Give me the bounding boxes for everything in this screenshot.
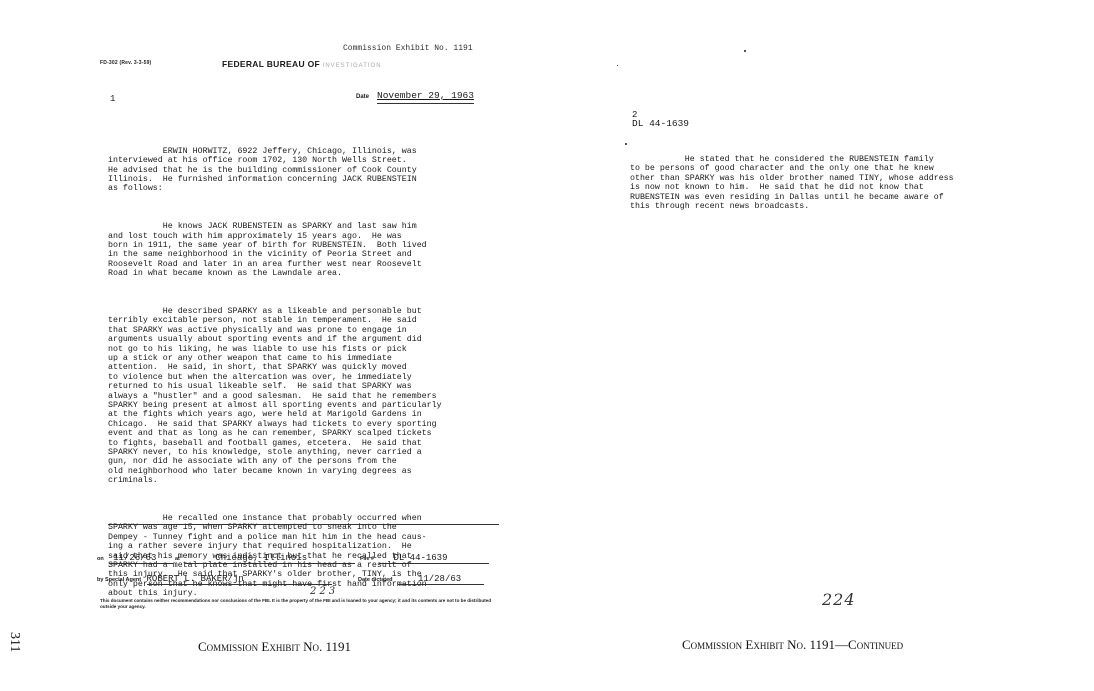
on-label: on [97, 556, 104, 562]
file-number: DL 44-1639 [632, 118, 689, 129]
date-dictated-field: Date dictated 11/28/63 [358, 574, 484, 585]
date-rule [377, 103, 474, 104]
interview-date-field: on 11/26/63 [97, 553, 173, 564]
scan-speck [625, 143, 627, 145]
page-number: 1 [110, 94, 115, 104]
scan-speck [744, 50, 746, 52]
paragraph: He described SPARKY as a likeable and pe… [108, 307, 508, 486]
on-value: 11/26/63 [109, 553, 173, 564]
agent-label: by Special Agent [97, 577, 141, 583]
date-value: November 29, 1963 [377, 90, 474, 101]
side-page-number: 311 [6, 632, 22, 652]
paragraph: He knows JACK RUBENSTEIN as SPARKY and l… [108, 222, 508, 278]
agency-header-faded: INVESTIGATION [323, 63, 382, 69]
agency-header-text: FEDERAL BUREAU OF [222, 59, 320, 69]
handwritten-page-number: 224 [822, 590, 856, 609]
location-field: at Chicago, Illinois [175, 553, 355, 564]
paragraph: ERWIN HORWITZ, 6922 Jeffery, Chicago, Il… [108, 147, 508, 194]
interview-body: ERWIN HORWITZ, 6922 Jeffery, Chicago, Il… [108, 128, 508, 618]
exhibit-caption: Commission Exhibit No. 1191—Continued [682, 637, 903, 653]
exhibit-caption: Commission Exhibit No. 1191 [198, 639, 351, 655]
date-label: Date [356, 94, 369, 100]
at-label: at [175, 556, 180, 562]
interview-body-continued: He stated that he considered the RUBENST… [630, 155, 1030, 211]
agency-header: FEDERAL BUREAU OF INVESTIGATION [222, 59, 382, 69]
agent-value: ROBERT L. BAKER/jn [147, 574, 332, 585]
dictated-value: 11/28/63 [398, 574, 484, 585]
fbi-disclaimer: This document contains neither recommend… [100, 598, 500, 610]
at-value: Chicago, Illinois [185, 553, 355, 564]
scan-speck [617, 65, 618, 66]
body-end-rule [108, 524, 499, 525]
form-number: FD-302 (Rev. 3-3-59) [100, 60, 151, 66]
file-label: File # [360, 556, 374, 562]
handwritten-page-number: 223 [310, 586, 338, 597]
agent-field: by Special Agent ROBERT L. BAKER/jn [97, 574, 332, 585]
exhibit-header: Commission Exhibit No. 1191 [343, 44, 473, 53]
dictated-label: Date dictated [358, 577, 393, 583]
file-number-field: File # DL 44-1639 [360, 553, 489, 564]
file-value: DL 44-1639 [379, 553, 489, 564]
